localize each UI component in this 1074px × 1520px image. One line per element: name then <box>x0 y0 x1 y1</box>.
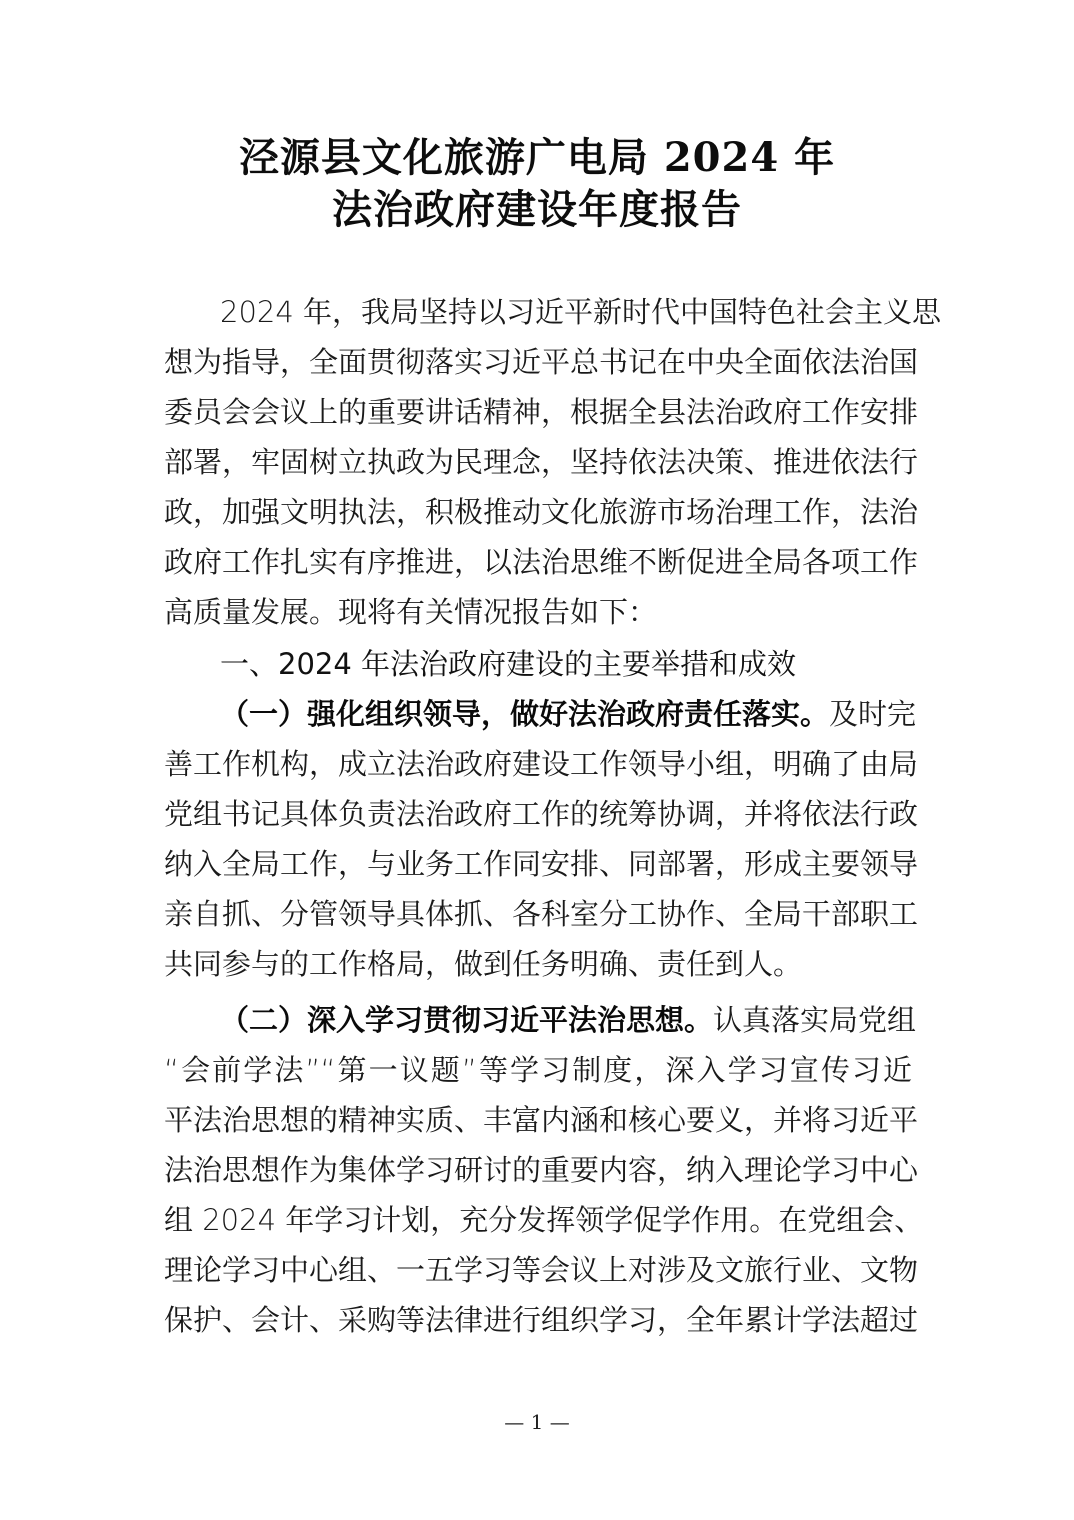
subsection-1-first-line-rest: 及时完 <box>829 697 916 731</box>
subsection-1-line: 党组书记具体负责法治政府工作的统筹协调，并将依法行政 <box>164 796 912 832</box>
intro-paragraph-line: 2024 年，我局坚持以习近平新时代中国特色社会主义思 <box>220 294 912 330</box>
subsection-2-line: “会前学法”“第一议题”等学习制度，深入学习宣传习近 <box>164 1052 912 1088</box>
document-page: 泾源县文化旅游广电局 2024 年 法治政府建设年度报告 2024 年，我局坚持… <box>0 0 1074 1520</box>
subsection-1-line: 亲自抓、分管领导具体抓、各科室分工协作、全局干部职工 <box>164 896 912 932</box>
subsection-1-line: 纳入全局工作，与业务工作同安排、同部署，形成主要领导 <box>164 846 912 882</box>
subsection-1-line: 善工作机构，成立法治政府建设工作领导小组，明确了由局 <box>164 746 912 782</box>
subsection-2-first-line: （二）深入学习贯彻习近平法治思想。认真落实局党组 <box>220 1002 912 1038</box>
intro-paragraph-line: 政，加强文明执法，积极推动文化旅游市场治理工作，法治 <box>164 494 912 530</box>
subsection-2-line: 法治思想作为集体学习研讨的重要内容，纳入理论学习中心 <box>164 1152 912 1188</box>
intro-paragraph-line: 想为指导，全面贯彻落实习近平总书记在中央全面依法治国 <box>164 344 912 380</box>
subsection-2-line: 平法治思想的精神实质、丰富内涵和核心要义，并将习近平 <box>164 1102 912 1138</box>
document-title-line-2: 法治政府建设年度报告 <box>0 188 1074 232</box>
subsection-1-line: 共同参与的工作格局，做到任务明确、责任到人。 <box>164 946 912 982</box>
page-number: — 1 — <box>0 1410 1074 1434</box>
subsection-2-first-line-rest: 认真落实局党组 <box>713 1003 916 1037</box>
subsection-2-line: 保护、会计、采购等法律进行组织学习，全年累计学法超过 <box>164 1302 912 1338</box>
section-heading: 一、2024 年法治政府建设的主要举措和成效 <box>220 646 796 682</box>
intro-paragraph-line: 高质量发展。现将有关情况报告如下： <box>164 594 912 630</box>
subsection-2-line: 组 2024 年学习计划，充分发挥领学促学作用。在党组会、 <box>164 1202 912 1238</box>
subsection-2-line: 理论学习中心组、一五学习等会议上对涉及文旅行业、文物 <box>164 1252 912 1288</box>
intro-paragraph-line: 委员会会议上的重要讲话精神，根据全县法治政府工作安排 <box>164 394 912 430</box>
intro-paragraph-line: 政府工作扎实有序推进，以法治思维不断促进全局各项工作 <box>164 544 912 580</box>
subsection-2-bold-lead: （二）深入学习贯彻习近平法治思想。 <box>220 1003 713 1037</box>
subsection-1-first-line: （一）强化组织领导，做好法治政府责任落实。及时完 <box>220 696 912 732</box>
document-title-line-1: 泾源县文化旅游广电局 2024 年 <box>0 136 1074 180</box>
subsection-1-bold-lead: （一）强化组织领导，做好法治政府责任落实。 <box>220 697 829 731</box>
intro-paragraph-line: 部署，牢固树立执政为民理念，坚持依法决策、推进依法行 <box>164 444 912 480</box>
